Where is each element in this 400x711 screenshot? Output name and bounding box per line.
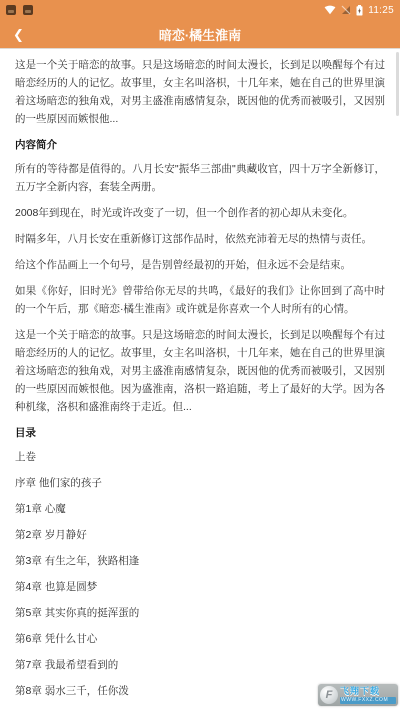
- toc-item: 第6章 凭什么甘心: [15, 630, 385, 648]
- status-bar: 11:25: [0, 0, 400, 20]
- section-heading-toc: 目录: [15, 424, 385, 442]
- status-bar-indicators: 11:25: [324, 5, 394, 16]
- toc-item: 第5章 其实你真的挺浑蛋的: [15, 604, 385, 622]
- watermark-logo-icon: F: [320, 686, 338, 704]
- toc-item: 第3章 有生之年，狭路相逢: [15, 552, 385, 570]
- toc-item: 第1章 心魔: [15, 500, 385, 518]
- paragraph: 如果《你好，旧时光》曾带给你无尽的共鸣，《最好的我们》让你回到了高中时的一个午后…: [15, 282, 385, 318]
- watermark-site-name: 飞翔下载: [340, 686, 396, 696]
- clock-text: 11:25: [368, 5, 394, 16]
- wifi-icon: [324, 5, 336, 15]
- toc-item: 序章 他们家的孩子: [15, 474, 385, 492]
- paragraph: 时隔多年，八月长安在重新修订这部作品时，依然充沛着无尽的热情与责任。: [15, 230, 385, 248]
- toc-item: 上卷: [15, 448, 385, 466]
- paragraph: 给这个作品画上一个句号，是告别曾经最初的开始，但永远不会是结束。: [15, 256, 385, 274]
- watermark-site-url: WWW.FXXZ.COM: [340, 697, 396, 704]
- back-button[interactable]: ❮: [13, 20, 24, 49]
- paragraph: 所有的等待都是值得的。八月长安"振华三部曲"典藏收官，四十万字全新修订，五万字全…: [15, 160, 385, 196]
- page-title: 暗恋·橘生淮南: [159, 25, 241, 44]
- scrollbar-thumb[interactable]: [396, 52, 399, 116]
- paragraph: 2008年到现在，时光或许改变了一切，但一个创作者的初心却从未变化。: [15, 204, 385, 222]
- site-watermark: F 飞翔下载 WWW.FXXZ.COM: [318, 684, 398, 706]
- paragraph: 这是一个关于暗恋的故事。只是这场暗恋的时间太漫长，长到足以唤醒每个有过暗恋经历的…: [15, 326, 385, 416]
- app-header: ❮ 暗恋·橘生淮南: [0, 20, 400, 49]
- toc-item: 第4章 也算是圆梦: [15, 578, 385, 596]
- toc-item: 第7章 我最希望看到的: [15, 656, 385, 674]
- app-notification-icon: [23, 5, 33, 15]
- battery-icon: [356, 5, 363, 16]
- watermark-texts: 飞翔下载 WWW.FXXZ.COM: [340, 686, 396, 704]
- status-bar-notifications: [6, 5, 33, 15]
- book-description: 这是一个关于暗恋的故事。只是这场暗恋的时间太漫长，长到足以唤醒每个有过暗恋经历的…: [0, 49, 400, 700]
- app-notification-icon: [6, 5, 16, 15]
- section-heading-summary: 内容简介: [15, 136, 385, 154]
- no-signal-icon: [341, 5, 351, 15]
- paragraph: 这是一个关于暗恋的故事。只是这场暗恋的时间太漫长，长到足以唤醒每个有过暗恋经历的…: [15, 56, 385, 128]
- back-icon: ❮: [13, 27, 24, 43]
- toc-item: 第2章 岁月静好: [15, 526, 385, 544]
